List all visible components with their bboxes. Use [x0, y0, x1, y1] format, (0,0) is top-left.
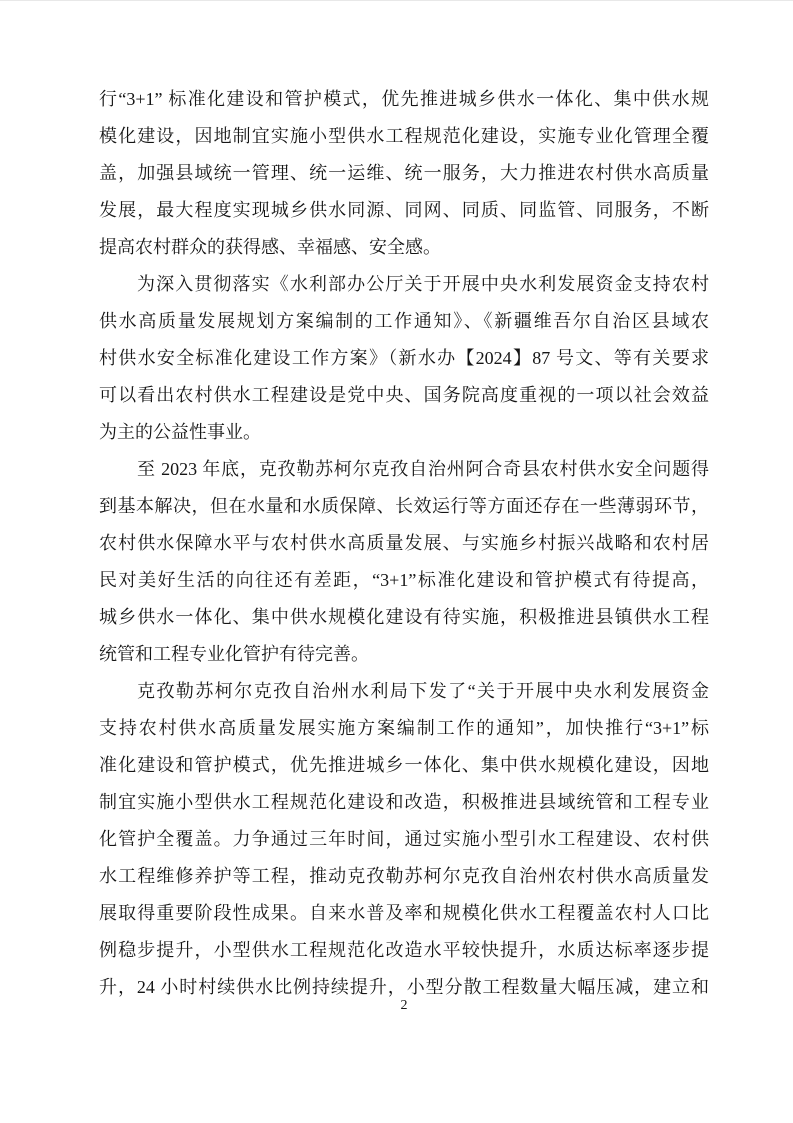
- text-line: 供水高质量发展规划方案编制的工作通知》、《新疆维吾尔自治区县域农: [99, 303, 709, 340]
- paragraph: 至 2023 年底，克孜勒苏柯尔克孜自治州阿合奇县农村供水安全问题得到基本解决，…: [99, 451, 709, 673]
- text-line: 准化建设和管护模式，优先推进城乡一体化、集中供水规模化建设，因地: [99, 747, 709, 784]
- text-line: 例稳步提升，小型供水工程规范化改造水平较快提升，水质达标率逐步提: [99, 932, 709, 969]
- paragraph: 克孜勒苏柯尔克孜自治州水利局下发了“关于开展中央水利发展资金支持农村供水高质量发…: [99, 673, 709, 1006]
- text-line: 村供水安全标准化建设工作方案》（新水办【2024】87 号文、等有关要求: [99, 340, 709, 377]
- text-line: 到基本解决，但在水量和水质保障、长效运行等方面还存在一些薄弱环节，: [99, 488, 709, 525]
- text-line: 支持农村供水高质量发展实施方案编制工作的通知”，加快推行“3+1”标: [99, 710, 709, 747]
- text-line: 发展，最大程度实现城乡供水同源、同网、同质、同监管、同服务，不断: [99, 192, 709, 229]
- text-line: 模化建设，因地制宜实施小型供水工程规范化建设，实施专业化管理全覆: [99, 118, 709, 155]
- text-line: 化管护全覆盖。力争通过三年时间，通过实施小型引水工程建设、农村供: [99, 821, 709, 858]
- text-line: 展取得重要阶段性成果。自来水普及率和规模化供水工程覆盖农村人口比: [99, 895, 709, 932]
- text-line: 为深入贯彻落实《水利部办公厅关于开展中央水利发展资金支持农村: [99, 266, 709, 303]
- paragraph: 为深入贯彻落实《水利部办公厅关于开展中央水利发展资金支持农村供水高质量发展规划方…: [99, 266, 709, 451]
- text-line: 至 2023 年底，克孜勒苏柯尔克孜自治州阿合奇县农村供水安全问题得: [99, 451, 709, 488]
- text-line: 农村供水保障水平与农村供水高质量发展、与实施乡村振兴战略和农村居: [99, 525, 709, 562]
- text-line: 提高农村群众的获得感、幸福感、安全感。: [99, 229, 709, 266]
- text-line: 水工程维修养护等工程，推动克孜勒苏柯尔克孜自治州农村供水高质量发: [99, 858, 709, 895]
- text-line: 行“3+1” 标准化建设和管护模式，优先推进城乡供水一体化、集中供水规: [99, 81, 709, 118]
- text-line: 克孜勒苏柯尔克孜自治州水利局下发了“关于开展中央水利发展资金: [99, 673, 709, 710]
- document-page: 行“3+1” 标准化建设和管护模式，优先推进城乡供水一体化、集中供水规模化建设，…: [0, 0, 793, 1123]
- text-line: 统管和工程专业化管护有待完善。: [99, 636, 709, 673]
- document-body: 行“3+1” 标准化建设和管护模式，优先推进城乡供水一体化、集中供水规模化建设，…: [99, 81, 709, 1006]
- text-line: 制宜实施小型供水工程规范化建设和改造，积极推进县域统管和工程专业: [99, 784, 709, 821]
- text-line: 盖，加强县域统一管理、统一运维、统一服务，大力推进农村供水高质量: [99, 155, 709, 192]
- paragraph: 行“3+1” 标准化建设和管护模式，优先推进城乡供水一体化、集中供水规模化建设，…: [99, 81, 709, 266]
- text-line: 民对美好生活的向往还有差距，“3+1”标准化建设和管护模式有待提高，: [99, 562, 709, 599]
- text-line: 为主的公益性事业。: [99, 414, 709, 451]
- text-line: 城乡供水一体化、集中供水规模化建设有待实施，积极推进县镇供水工程: [99, 599, 709, 636]
- page-number: 2: [99, 997, 709, 1015]
- text-line: 可以看出农村供水工程建设是党中央、国务院高度重视的一项以社会效益: [99, 377, 709, 414]
